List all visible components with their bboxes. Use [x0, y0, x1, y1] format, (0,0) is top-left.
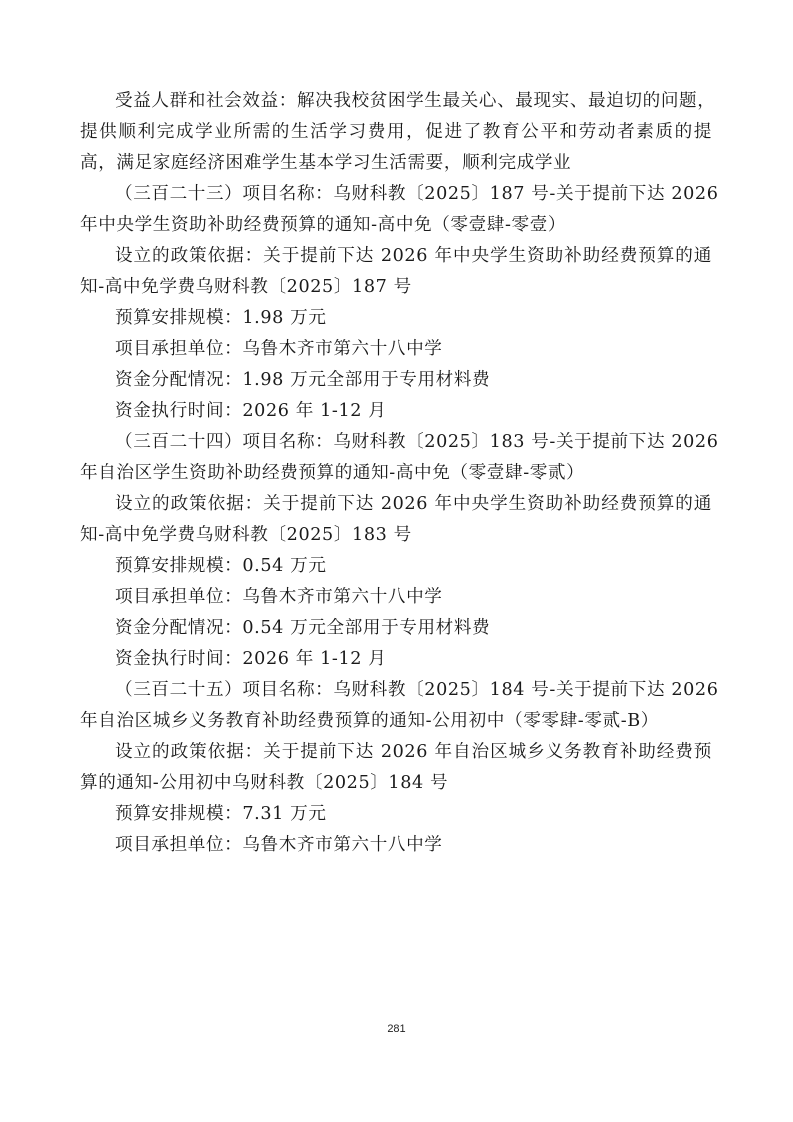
document-body: 受益人群和社会效益：解决我校贫困学生最关心、最现实、最迫切的问题， 提供顺利完成…: [80, 86, 712, 861]
project-323-unit: 项目承担单位：乌鲁木齐市第六十八中学: [80, 334, 712, 365]
project-324-execution-time: 资金执行时间：2026 年 1-12 月: [80, 644, 712, 675]
project-325-budget: 预算安排规模：7.31 万元: [80, 799, 712, 830]
project-323-policy-line-1: 设立的政策依据：关于提前下达 2026 年中央学生资助补助经费预算的通: [80, 241, 712, 272]
project-325-title-line-2: 年自治区城乡义务教育补助经费预算的通知-公用初中（零零肆-零贰-B）: [80, 706, 712, 737]
document-page: 受益人群和社会效益：解决我校贫困学生最关心、最现实、最迫切的问题， 提供顺利完成…: [0, 0, 793, 1122]
project-324-unit: 项目承担单位：乌鲁木齐市第六十八中学: [80, 582, 712, 613]
paragraph-beneficiaries-line-1: 受益人群和社会效益：解决我校贫困学生最关心、最现实、最迫切的问题，: [80, 86, 712, 117]
project-325-policy-line-2: 算的通知-公用初中乌财科教〔2025〕184 号: [80, 768, 712, 799]
project-324-allocation: 资金分配情况：0.54 万元全部用于专用材料费: [80, 613, 712, 644]
project-323-allocation: 资金分配情况：1.98 万元全部用于专用材料费: [80, 365, 712, 396]
project-325-unit: 项目承担单位：乌鲁木齐市第六十八中学: [80, 830, 712, 861]
project-325-title-line-1: （三百二十五）项目名称：乌财科教〔2025〕184 号-关于提前下达 2026: [80, 675, 712, 706]
page-number: 281: [0, 1023, 793, 1035]
project-323-policy-line-2: 知-高中免学费乌财科教〔2025〕187 号: [80, 272, 712, 303]
project-325-policy-line-1: 设立的政策依据：关于提前下达 2026 年自治区城乡义务教育补助经费预: [80, 737, 712, 768]
project-324-budget: 预算安排规模：0.54 万元: [80, 551, 712, 582]
paragraph-beneficiaries-line-3: 高，满足家庭经济困难学生基本学习生活需要，顺利完成学业: [80, 148, 712, 179]
project-323-execution-time: 资金执行时间：2026 年 1-12 月: [80, 396, 712, 427]
project-324-title-line-2: 年自治区学生资助补助经费预算的通知-高中免（零壹肆-零贰）: [80, 458, 712, 489]
project-324-policy-line-1: 设立的政策依据：关于提前下达 2026 年中央学生资助补助经费预算的通: [80, 489, 712, 520]
project-324-title-line-1: （三百二十四）项目名称：乌财科教〔2025〕183 号-关于提前下达 2026: [80, 427, 712, 458]
project-323-budget: 预算安排规模：1.98 万元: [80, 303, 712, 334]
project-323-title-line-2: 年中央学生资助补助经费预算的通知-高中免（零壹肆-零壹）: [80, 210, 712, 241]
paragraph-beneficiaries-line-2: 提供顺利完成学业所需的生活学习费用，促进了教育公平和劳动者素质的提: [80, 117, 712, 148]
project-324-policy-line-2: 知-高中免学费乌财科教〔2025〕183 号: [80, 520, 712, 551]
project-323-title-line-1: （三百二十三）项目名称：乌财科教〔2025〕187 号-关于提前下达 2026: [80, 179, 712, 210]
